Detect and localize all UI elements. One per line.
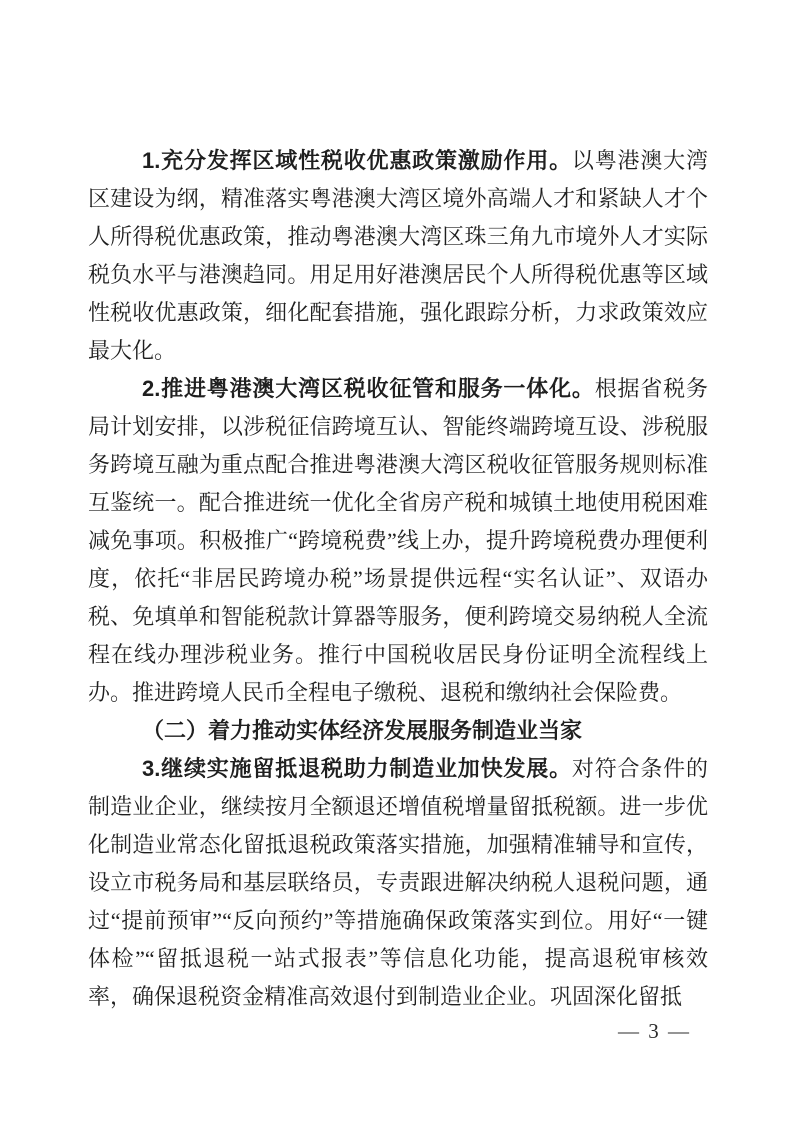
section-heading-2: （二）着力推动实体经济发展服务制造业当家 (88, 712, 708, 750)
paragraph-item-3-bold-lead: 3.继续实施留抵退税助力制造业加快发展。 (142, 756, 572, 781)
page-number: — 3 — (618, 1019, 691, 1044)
paragraph-item-3-text: 对符合条件的制造业企业，继续按月全额退还增值税增量留抵税额。进一步优化制造业常态… (88, 756, 708, 1009)
paragraph-item-2-text: 根据省税务局计划安排，以涉税征信跨境互认、智能终端跨境互设、涉税服务跨境互融为重… (88, 376, 708, 705)
paragraph-item-2: 2.推进粤港澳大湾区税收征管和服务一体化。根据省税务局计划安排，以涉税征信跨境互… (88, 370, 708, 712)
paragraph-item-2-bold-lead: 2.推进粤港澳大湾区税收征管和服务一体化。 (142, 376, 595, 401)
document-page: 1.充分发挥区域性税收优惠政策激励作用。以粤港澳大湾区建设为纲，精准落实粤港澳大… (0, 0, 793, 1122)
paragraph-item-1: 1.充分发挥区域性税收优惠政策激励作用。以粤港澳大湾区建设为纲，精准落实粤港澳大… (88, 142, 708, 370)
paragraph-item-1-text: 以粤港澳大湾区建设为纲，精准落实粤港澳大湾区境外高端人才和紧缺人才个人所得税优惠… (88, 148, 708, 363)
document-body: 1.充分发挥区域性税收优惠政策激励作用。以粤港澳大湾区建设为纲，精准落实粤港澳大… (88, 142, 708, 1016)
paragraph-item-3: 3.继续实施留抵退税助力制造业加快发展。对符合条件的制造业企业，继续按月全额退还… (88, 750, 708, 1016)
paragraph-item-1-bold-lead: 1.充分发挥区域性税收优惠政策激励作用。 (142, 148, 572, 173)
